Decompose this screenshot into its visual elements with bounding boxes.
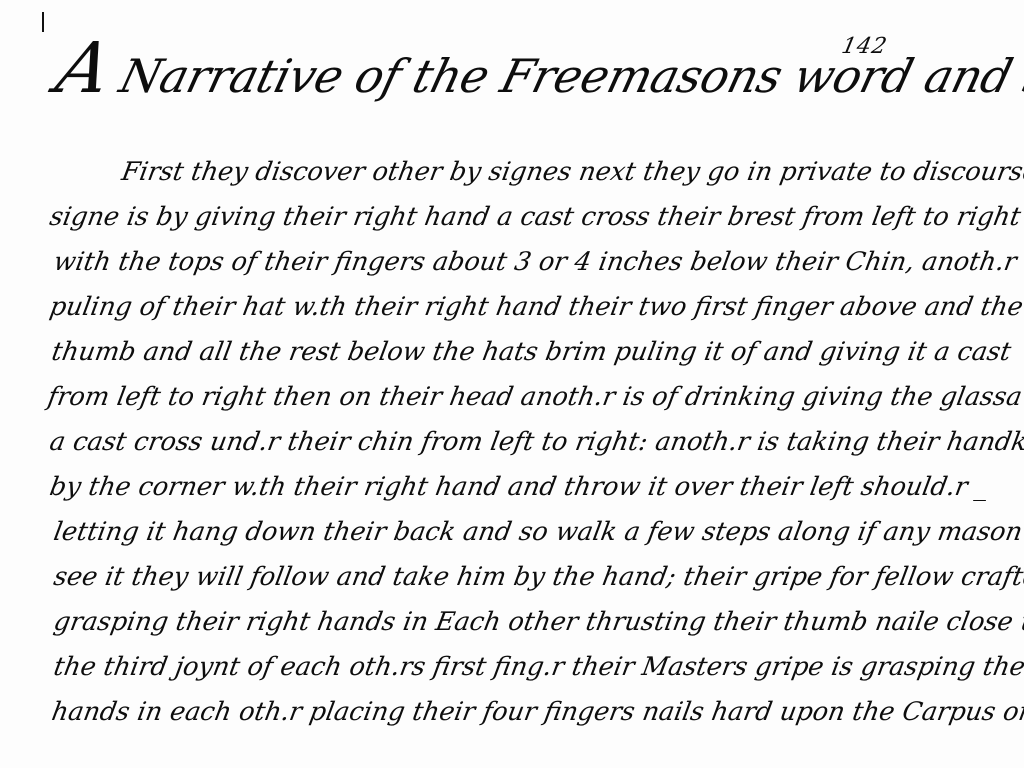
manuscript-line: with the tops of their fingers about 3 o… — [40, 240, 1008, 285]
manuscript-line: puling of their hat w.th their right han… — [40, 285, 1008, 330]
manuscript-line: First they discover other by signes next… — [40, 150, 1008, 195]
page-title: A Narrative of the Freemasons word and s… — [50, 38, 1024, 106]
manuscript-line: the third joynt of each oth.rs first fin… — [40, 645, 1008, 690]
manuscript-body: First they discover other by signes next… — [40, 150, 1000, 735]
margin-mark — [42, 12, 44, 32]
manuscript-page: 142 A Narrative of the Freemasons word a… — [0, 0, 1024, 768]
manuscript-line: by the corner w.th their right hand and … — [40, 465, 1008, 510]
manuscript-line: a cast cross und.r their chin from left … — [40, 420, 1008, 465]
manuscript-line: letting it hang down their back and so w… — [40, 510, 1008, 555]
manuscript-line: signe is by giving their right hand a ca… — [40, 195, 1008, 240]
manuscript-line: grasping their right hands in Each other… — [40, 600, 1008, 645]
title-text: Narrative of the Freemasons word and sig… — [100, 49, 1024, 103]
manuscript-line: thumb and all the rest below the hats br… — [40, 330, 1008, 375]
manuscript-line: see it they will follow and take him by … — [40, 555, 1008, 600]
manuscript-line: from left to right then on their head an… — [40, 375, 1008, 420]
manuscript-line: hands in each oth.r placing their four f… — [40, 690, 1008, 735]
